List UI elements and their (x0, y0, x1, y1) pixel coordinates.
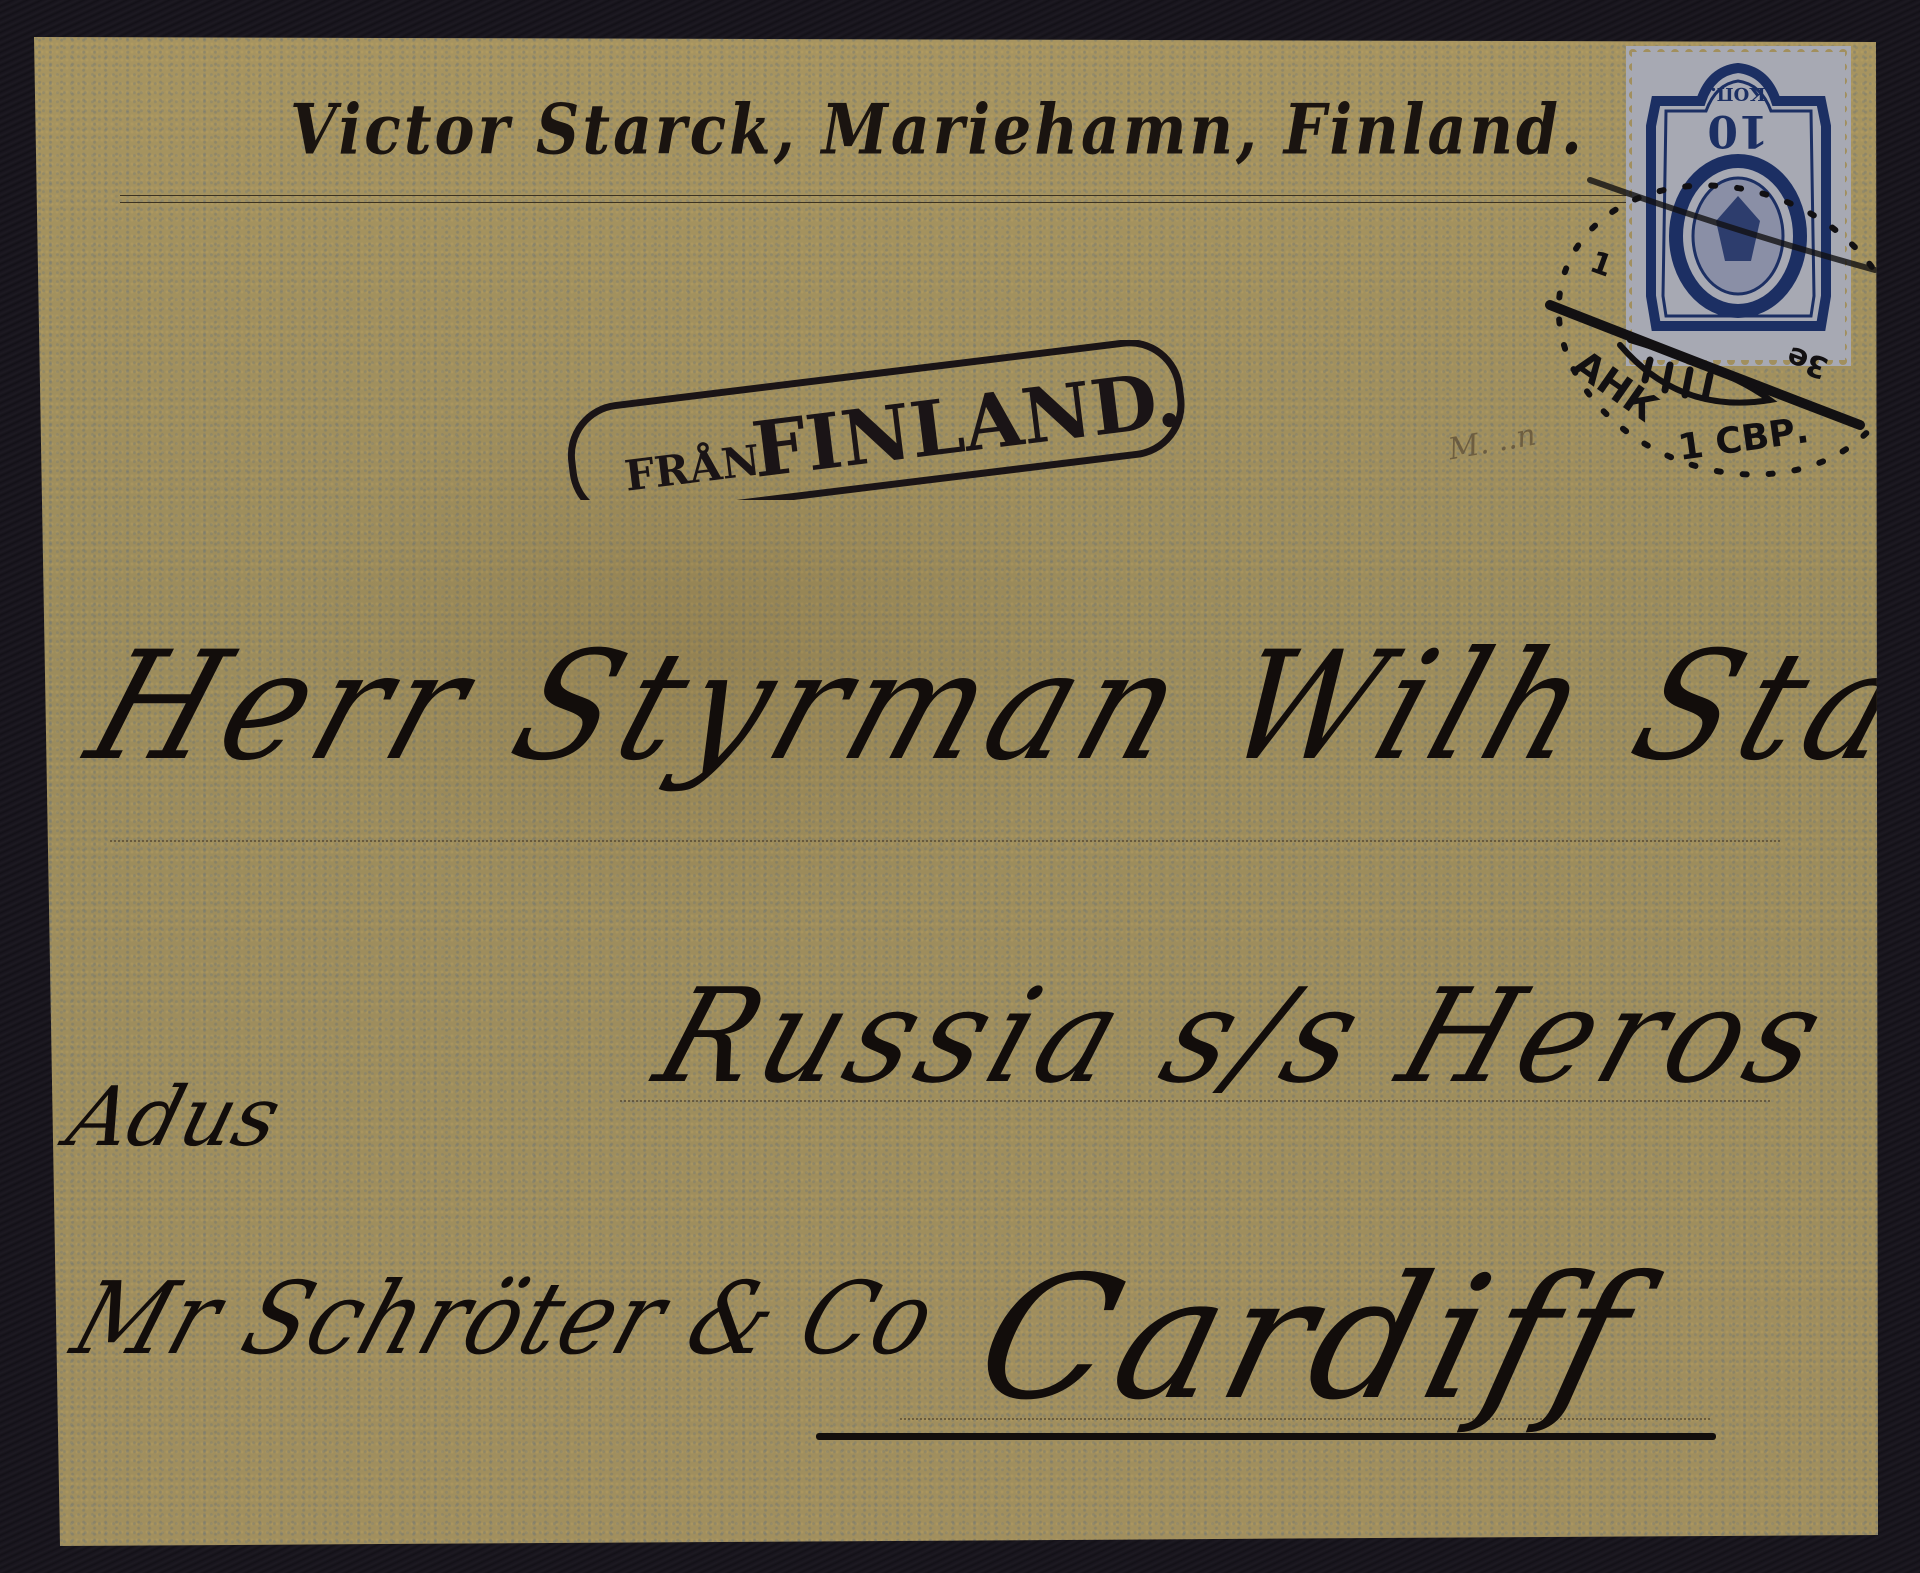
postmark-fragment: АНК (1565, 341, 1666, 430)
pencil-annotation: M. ..n (1446, 418, 1539, 468)
fran-finland-cachet: FRÅN FINLAND. (555, 340, 1195, 500)
address-line-2: Russia s/s Heros (640, 960, 1848, 1112)
postmark-fragment: 1 СВР. (1676, 410, 1812, 469)
letterhead: Victor Starck, Mariehamn, Finland. (290, 90, 1550, 171)
postmark-fragment: 1 (1585, 245, 1617, 285)
stamp-currency: КОП. (1710, 83, 1765, 104)
stamp-denomination: 10 (1707, 105, 1768, 156)
city-underline (816, 1433, 1716, 1440)
care-of-line-2: Mr Schröter & Co (60, 1260, 951, 1377)
envelope: Victor Starck, Mariehamn, Finland. FRÅN … (0, 0, 1920, 1573)
letterhead-rule (120, 202, 1630, 203)
address-line-1: Herr Styrman Wilh Starck (70, 620, 1920, 794)
care-of-line-1: Adus (58, 1070, 290, 1165)
cachet-small-text: FRÅN (622, 435, 763, 500)
postmark: 1 3e АНК 1 СВР. (1530, 170, 1880, 500)
postmark-fragment: 3e (1782, 338, 1833, 385)
address-guide-line (110, 840, 1780, 842)
address-line-3: Cardiff (960, 1240, 1653, 1438)
letterhead-rule (120, 195, 1630, 196)
